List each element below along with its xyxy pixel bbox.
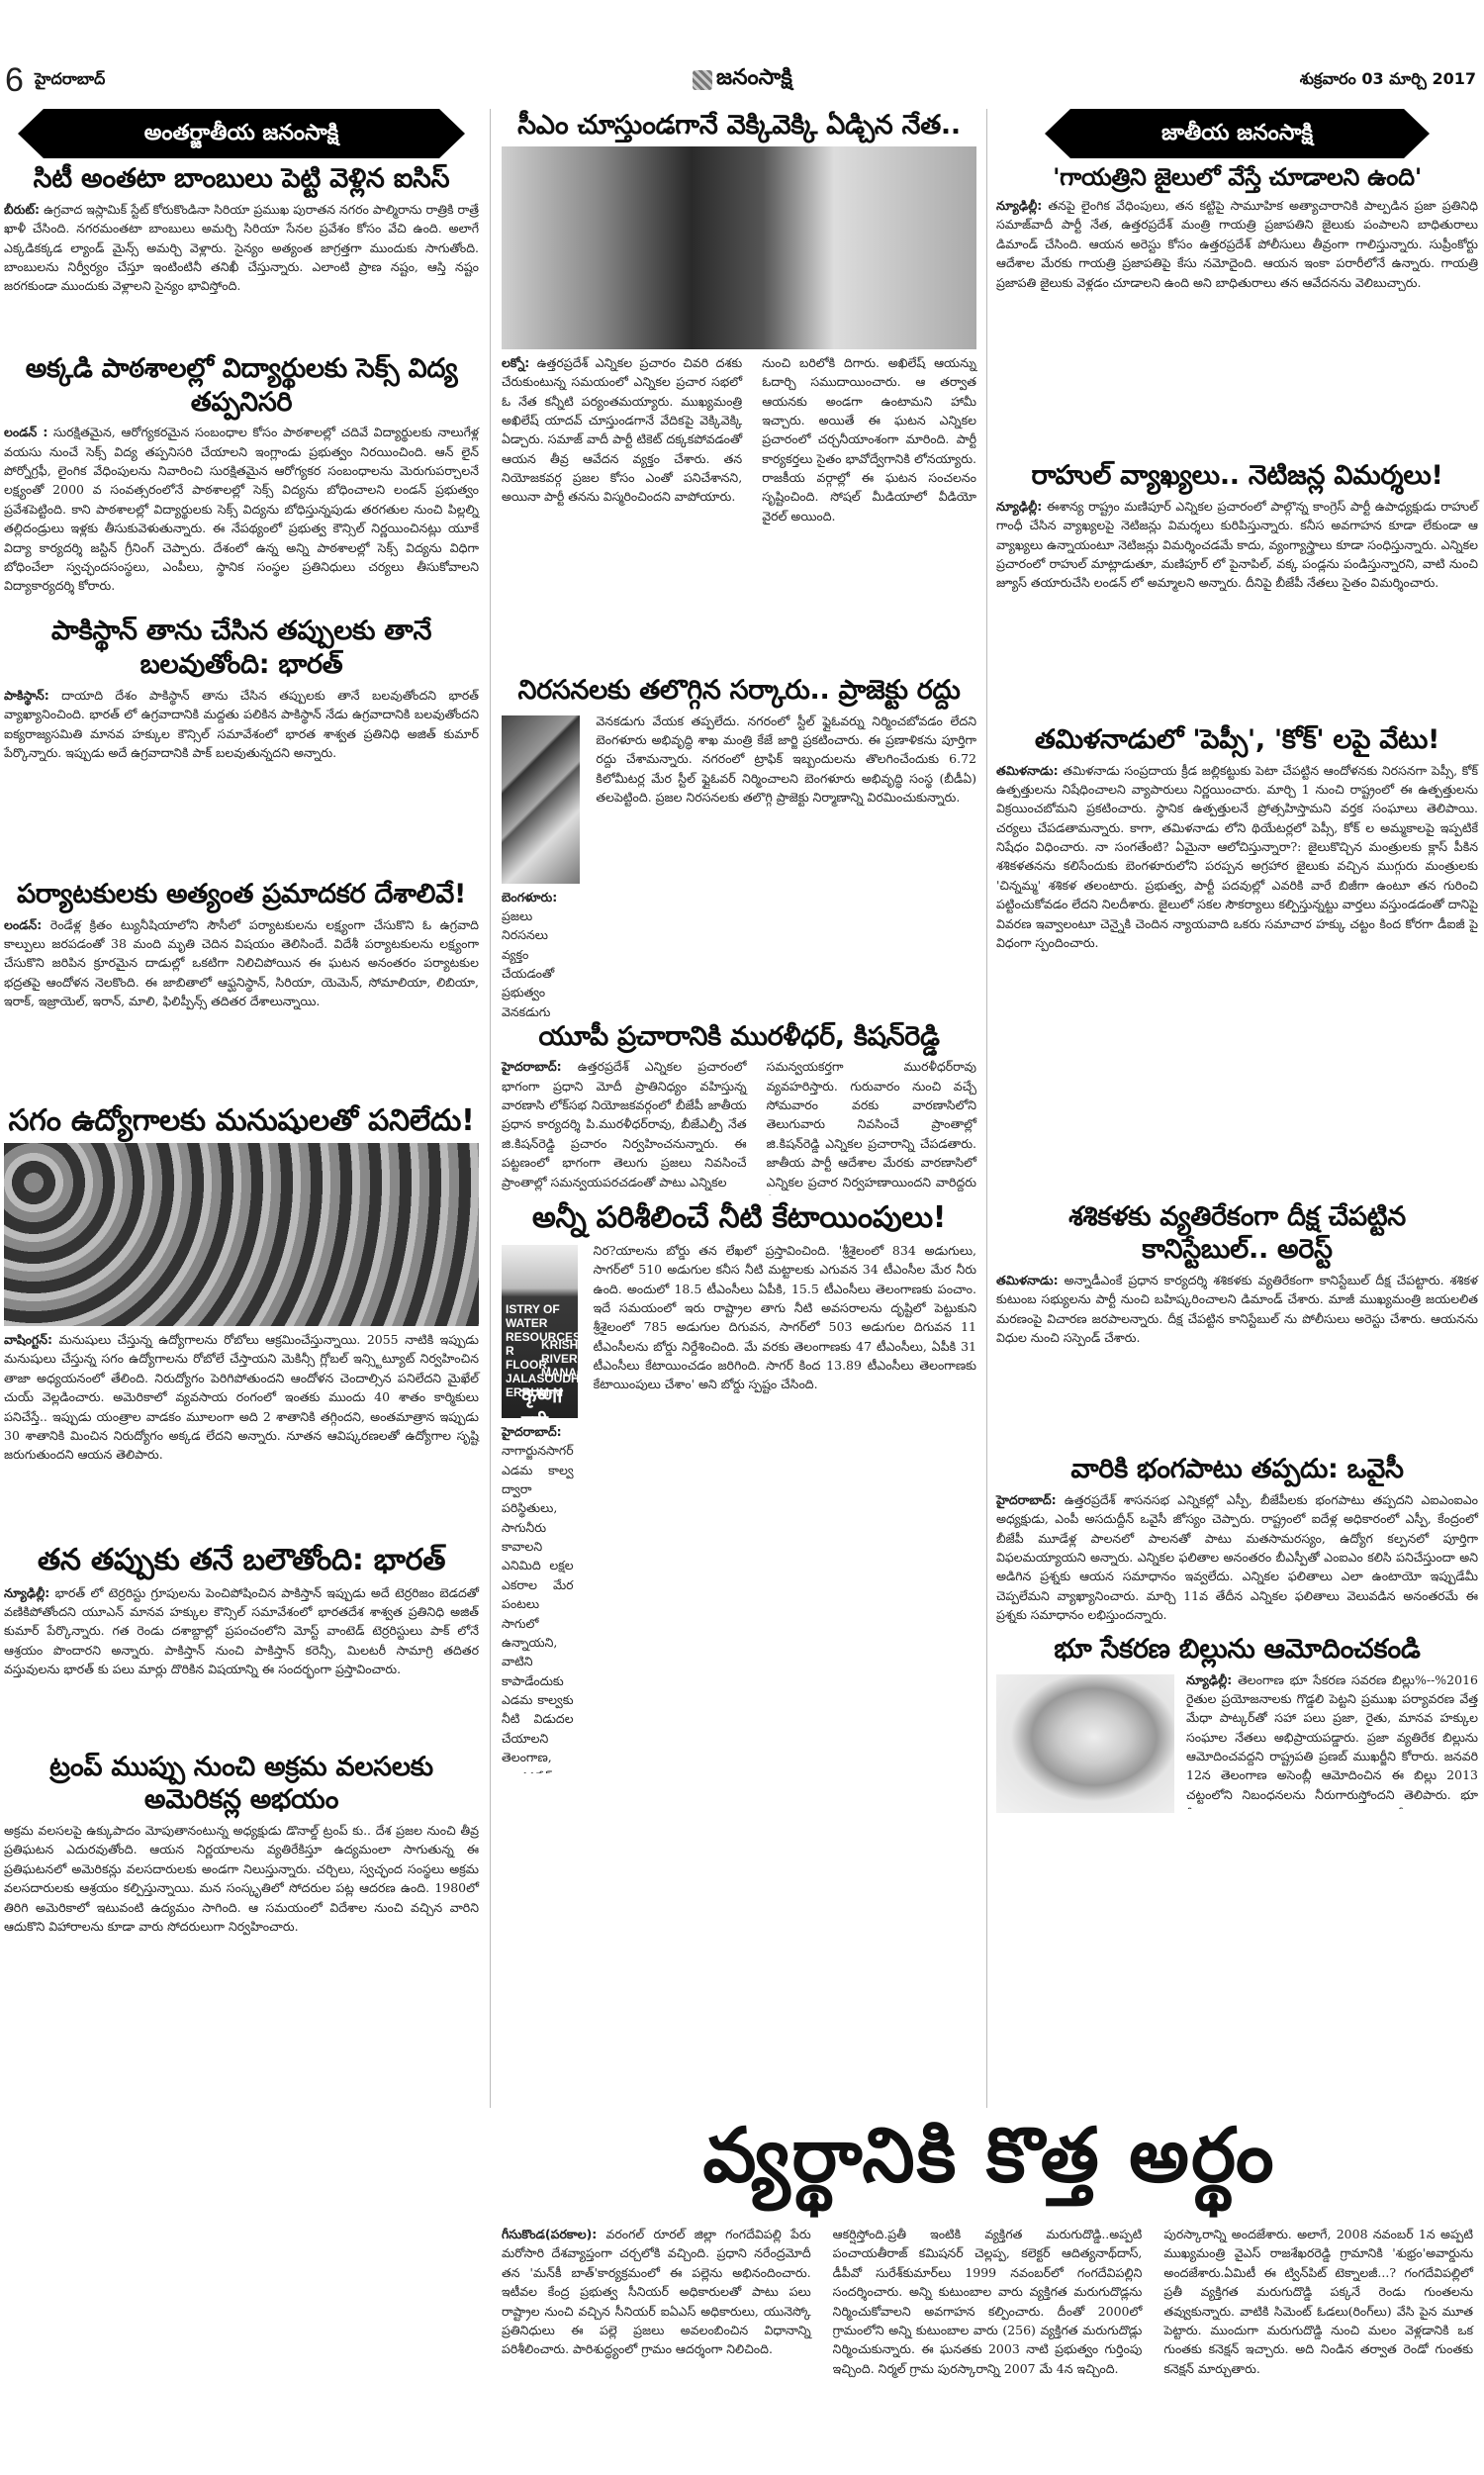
article-body: హైదరాబాద్: ఉత్తరప్రదేశ్ ఎన్నికల ప్రచారంల… (498, 1057, 751, 1195)
article: సగం ఉద్యోగాలకు మనుషులతో పనిలేదు! వాషింగ్… (0, 1102, 483, 1539)
article-headline: పాకిస్థాన్ తాను చేసిన తప్పులకు తానే బలవు… (2, 615, 481, 682)
sign-line: कृष्णा नदी प्रबंध (521, 1381, 578, 1418)
flyover-photo (502, 715, 580, 884)
dateline: హైదరాబాద్: (502, 1059, 562, 1074)
article-headline: నిరసనలకు తలొగ్గిన సర్కారు.. ప్రాజెక్టు ర… (500, 674, 978, 708)
article-headline: అక్కడి పాఠశాలల్లో విద్యార్థులకు సెక్స్ వ… (2, 352, 481, 420)
article-body: బీరుట్: ఉగ్రవాద ఇస్లామిక్ స్టేట్ కోరుకొం… (0, 200, 483, 348)
medha-patkar-photo (996, 1674, 1174, 1813)
article-body-continued: నిర?యాలను బోర్డు తన లేఖలో ప్రస్తావించింద… (590, 1241, 980, 1775)
article: తన తప్పుకు తనే బలౌతోంది: భారత్ న్యూఢిల్ల… (0, 1542, 483, 1747)
article-headline: ట్రంప్ ముప్పు నుంచి అక్రమ వలసలకు అమెరికన… (2, 1751, 481, 1818)
article-headline: సిటీ అంతటా బాంబులు పెట్టి వెళ్లిన ఐసిస్ (2, 162, 481, 196)
section-banner: జాతీయ జనంసాక్షి (1070, 109, 1404, 158)
article-headline: భూ సేకరణ బిల్లును ఆమోదించకండి (994, 1633, 1480, 1666)
article-body: గీసుకొండ(పరకాల): వరంగల్ రూరల్ జిల్లా గంగ… (498, 2225, 815, 2462)
article: పర్యాటకులకు అత్యంత ప్రమాదకర దేశాలివే! లం… (0, 878, 483, 1098)
article-body-continued: వెనకడుగు వేయక తప్పలేదు. నగరంలో స్టీల్ ఫ్… (592, 712, 980, 1013)
dateline: న్యూఢిల్లీ: (996, 499, 1042, 514)
article-headline: పర్యాటకులకు అత్యంత ప్రమాదకర దేశాలివే! (2, 878, 481, 911)
dateline: తమిళనాడు: (996, 763, 1059, 778)
national-column: జాతీయ జనంసాక్షి 'గాయత్రిని జైలులో వేస్తే… (992, 99, 1482, 2083)
section-banner: అంతర్జాతీయ జనంసాక్షి (44, 109, 439, 158)
newspaper-logo: జనంసాక్షి (693, 65, 792, 95)
crowd-photo (4, 1143, 479, 1326)
article: యూపీ ప్రచారానికి మురళీధర్, కిషన్‌రెడ్డి … (498, 1020, 980, 1196)
article-body: బెంగళూరు: ప్రజలు నిరసనలు వ్యక్తం చేయడంతో… (498, 888, 580, 1016)
issue-date: శుక్రవారం 03 మార్చి 2017 (1300, 69, 1476, 92)
dateline: తమిళనాడు: (996, 1273, 1059, 1287)
article: ట్రంప్ ముప్పు నుంచి అక్రమ వలసలకు అమెరికన… (0, 1751, 483, 2114)
dateline: న్యూఢిల్లీ: (996, 198, 1042, 213)
dateline: లండన్: (4, 917, 42, 932)
article: తమిళనాడులో 'పెప్సీ', 'కోక్' లపై వేటు! తమ… (992, 723, 1482, 1196)
dateline: హైదరాబాద్: (502, 1424, 562, 1439)
dateline: న్యూఢిల్లీ: (4, 1585, 49, 1600)
krishna-board-photo: ISTRY OF WATER RESOURCES, R AND GANGA RE… (502, 1245, 578, 1418)
masthead: 6 హైదరాబాద్ జనంసాక్షి శుక్రవారం 03 మార్చ… (0, 0, 1484, 99)
article: భూ సేకరణ బిల్లును ఆమోదించకండి న్యూఢిల్లీ… (992, 1633, 1482, 1813)
column-divider (490, 109, 491, 2108)
article-body: న్యూఢిల్లీ: తనపై లైంగిక వేధింపులు, తన కట… (992, 196, 1482, 455)
article-headline: రాహుల్ వ్యాఖ్యలు.. నెటిజన్ల విమర్శలు! (994, 459, 1480, 493)
article: రాహుల్ వ్యాఖ్యలు.. నెటిజన్ల విమర్శలు! న్… (992, 459, 1482, 719)
dateline: లక్నో: (502, 355, 529, 370)
dateline: బెంగళూరు: (502, 890, 557, 904)
article-body: లండన్: రెండేళ్ల క్రితం ట్యునీషియాలోని సౌ… (0, 915, 483, 1098)
article: నిరసనలకు తలొగ్గిన సర్కారు.. ప్రాజెక్టు ర… (498, 674, 980, 1016)
article-body: తమిళనాడు: తమిళనాడు సంప్రదాయ క్రీడ జల్లిక… (992, 761, 1482, 1196)
logo-mark-icon (693, 70, 712, 90)
edition-city: హైదరాబాద్ (35, 69, 105, 92)
article: వారికి భంగపాటు తప్పదు: ఒవైసీ హైదరాబాద్: … (992, 1453, 1482, 1629)
article: అక్కడి పాఠశాలల్లో విద్యార్థులకు సెక్స్ వ… (0, 352, 483, 612)
dateline: హైదరాబాద్: (996, 1492, 1057, 1507)
article-headline: తన తప్పుకు తనే బలౌతోంది: భారత్ (2, 1542, 481, 1579)
article-body: లక్నో: ఉత్తరప్రదేశ్ ఎన్నికల ప్రచారం చివర… (498, 353, 746, 670)
article-body-continued: సమన్వయకర్తగా మురళీధర్‌రావు వ్యవహరిస్తారు… (763, 1057, 980, 1195)
article: పాకిస్థాన్ తాను చేసిన తప్పులకు తానే బలవు… (0, 615, 483, 874)
dateline: న్యూఢిల్లీ: (1186, 1672, 1232, 1687)
article-body: హైదరాబాద్: నాగార్జునసాగర్ ఎడమ కాల్వ ద్వా… (498, 1422, 578, 1773)
article-body-continued: నుంచి బరిలోకి దిగారు. అఖిలేష్ ఆయన్ను ఓదా… (758, 353, 980, 670)
international-column: అంతర్జాతీయ జనంసాక్షి సిటీ అంతటా బాంబులు … (0, 99, 483, 2113)
article-body: న్యూఢిల్లీ: తెలంగాణ భూ సేకరణ సవరణ బిల్లు… (1182, 1670, 1482, 1809)
article-body-continued: పురస్కారాన్ని అందజేశారు. అలాగే, 2008 నవం… (1159, 2225, 1477, 2462)
article-headline: సీఎం చూస్తుండగానే వెక్కివెక్కి ఏడ్చిన నే… (500, 109, 978, 143)
article-headline: 'గాయత్రిని జైలులో వేస్తే చూడాలని ఉంది' (994, 162, 1480, 192)
leader-crying-photo (502, 146, 976, 349)
article: సిటీ అంతటా బాంబులు పెట్టి వెళ్లిన ఐసిస్ … (0, 162, 483, 348)
article-body: హైదరాబాద్: ఉత్తరప్రదేశ్ శాసనసభ ఎన్నికల్ల… (992, 1490, 1482, 1629)
article-body: పాకిస్థాన్: దాయాది దేశం పాకిస్థాన్ తాను … (0, 686, 483, 874)
article-body: అక్రమ వలసలపై ఉక్కుపాదం మోపుతానంటున్న అధ్… (0, 1821, 483, 2113)
column-divider (986, 109, 987, 2108)
feature-article: గీసుకొండ(పరకాల): వరంగల్ రూరల్ జిల్లా గంగ… (498, 2225, 1477, 2462)
article-body-continued: ఆకర్షిస్తోంది.ప్రతీ ఇంటికి వ్యక్తిగత మరు… (829, 2225, 1147, 2462)
dateline: లండన్ : (4, 425, 47, 439)
article: అన్నీ పరిశీలించే నీటి కేటాయింపులు! ISTRY… (498, 1199, 980, 1775)
dateline: వాషింగ్టన్: (4, 1332, 52, 1347)
article: శశికళకు వ్యతిరేకంగా దీక్ష చేపట్టిన కానిస… (992, 1200, 1482, 1450)
article-body: తమిళనాడు: అన్నాడీఎంకే ప్రధాన కార్యదర్శి … (992, 1271, 1482, 1449)
article-headline: తమిళనాడులో 'పెప్సీ', 'కోక్' లపై వేటు! (994, 723, 1480, 757)
dateline: గీసుకొండ(పరకాల): (502, 2227, 597, 2241)
article-headline: యూపీ ప్రచారానికి మురళీధర్, కిషన్‌రెడ్డి (500, 1020, 978, 1054)
article-headline: అన్నీ పరిశీలించే నీటి కేటాయింపులు! (500, 1199, 978, 1237)
article-body: న్యూఢిల్లీ: భారత్ లో టెర్రరిస్టు గ్రూపుల… (0, 1583, 483, 1747)
article: 'గాయత్రిని జైలులో వేస్తే చూడాలని ఉంది' న… (992, 162, 1482, 455)
logo-text: జనంసాక్షి (716, 65, 792, 95)
article: సీఎం చూస్తుండగానే వెక్కివెక్కి ఏడ్చిన నే… (498, 109, 980, 670)
article-headline: శశికళకు వ్యతిరేకంగా దీక్ష చేపట్టిన కానిస… (994, 1200, 1480, 1268)
article-body: లండన్ : సురక్షితమైన, ఆరోగ్యకరమైన సంబంధాల… (0, 423, 483, 611)
article-headline: వారికి భంగపాటు తప్పదు: ఒవైసీ (994, 1453, 1480, 1486)
dateline: పాకిస్థాన్: (4, 688, 49, 703)
middle-column: సీఎం చూస్తుండగానే వెక్కివెక్కి ఏడ్చిన నే… (498, 99, 980, 2113)
feature-headline: వ్యర్థానికి కొత్త అర్థం (643, 2118, 1336, 2193)
article-headline: సగం ఉద్యోగాలకు మనుషులతో పనిలేదు! (2, 1102, 481, 1140)
article-body: న్యూఢిల్లీ: ఈశాన్య రాష్ట్రం మణిపూర్ ఎన్న… (992, 497, 1482, 719)
page-number: 6 (5, 61, 24, 100)
article-body: వాషింగ్టన్: మనుషులు చేస్తున్న ఉద్యోగాలను… (0, 1330, 483, 1538)
dateline: బీరుట్: (4, 202, 40, 217)
